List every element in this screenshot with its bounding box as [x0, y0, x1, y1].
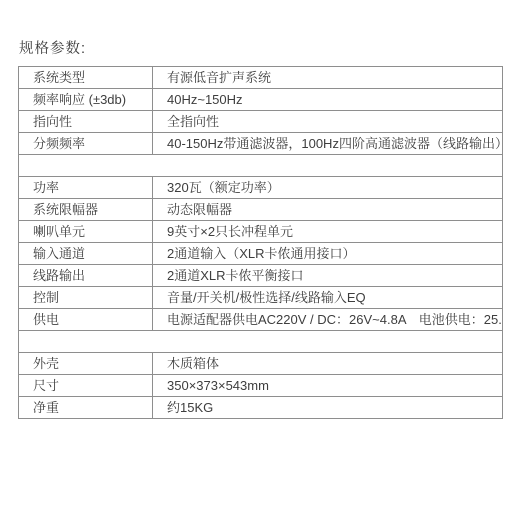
spec-label: 指向性 [19, 111, 153, 133]
spec-label: 系统限幅器 [19, 199, 153, 221]
table-row: 指向性全指向性 [19, 111, 503, 133]
table-row: 供电电源适配器供电AC220V / DC：26V~4.8A 电池供电：25.2V [19, 309, 503, 331]
spacer-cell [19, 331, 503, 353]
spec-label: 功率 [19, 177, 153, 199]
spec-value: 木质箱体 [153, 353, 503, 375]
spec-value: 320瓦（额定功率） [153, 177, 503, 199]
table-row: 喇叭单元9英寸×2只长冲程单元 [19, 221, 503, 243]
spec-label: 净重 [19, 397, 153, 419]
spec-value: 电源适配器供电AC220V / DC：26V~4.8A 电池供电：25.2V [153, 309, 503, 331]
spec-label: 喇叭单元 [19, 221, 153, 243]
spec-label: 分频频率 [19, 133, 153, 155]
spec-value: 40Hz~150Hz [153, 89, 503, 111]
spec-value: 有源低音扩声系统 [153, 67, 503, 89]
spec-label: 线路输出 [19, 265, 153, 287]
table-row: 尺寸350×373×543mm [19, 375, 503, 397]
spacer-row [19, 155, 503, 177]
table-row: 线路输出2通道XLR卡侬平衡接口 [19, 265, 503, 287]
spacer-cell [19, 155, 503, 177]
spec-label: 尺寸 [19, 375, 153, 397]
spec-value: 350×373×543mm [153, 375, 503, 397]
spec-label: 系统类型 [19, 67, 153, 89]
spec-value: 9英寸×2只长冲程单元 [153, 221, 503, 243]
spec-table-body: 系统类型有源低音扩声系统频率响应 (±3db)40Hz~150Hz指向性全指向性… [19, 67, 503, 419]
spec-value: 40-150Hz带通滤波器，100Hz四阶高通滤波器（线路输出） [153, 133, 503, 155]
page-title: 规格参数: [19, 37, 86, 58]
table-row: 功率320瓦（额定功率） [19, 177, 503, 199]
spec-label: 外壳 [19, 353, 153, 375]
table-row: 外壳木质箱体 [19, 353, 503, 375]
spec-value: 全指向性 [153, 111, 503, 133]
table-row: 分频频率40-150Hz带通滤波器，100Hz四阶高通滤波器（线路输出） [19, 133, 503, 155]
spec-value: 2通道输入（XLR卡侬通用接口） [153, 243, 503, 265]
spec-page: 规格参数: 系统类型有源低音扩声系统频率响应 (±3db)40Hz~150Hz指… [0, 0, 520, 520]
spec-label: 供电 [19, 309, 153, 331]
table-row: 系统限幅器动态限幅器 [19, 199, 503, 221]
spec-table: 系统类型有源低音扩声系统频率响应 (±3db)40Hz~150Hz指向性全指向性… [18, 66, 503, 419]
spec-value: 约15KG [153, 397, 503, 419]
spacer-row [19, 331, 503, 353]
spec-value: 动态限幅器 [153, 199, 503, 221]
spec-label: 控制 [19, 287, 153, 309]
spec-value: 2通道XLR卡侬平衡接口 [153, 265, 503, 287]
table-row: 系统类型有源低音扩声系统 [19, 67, 503, 89]
spec-value: 音量/开关机/极性选择/线路输入EQ [153, 287, 503, 309]
spec-label: 输入通道 [19, 243, 153, 265]
table-row: 输入通道2通道输入（XLR卡侬通用接口） [19, 243, 503, 265]
table-row: 净重约15KG [19, 397, 503, 419]
table-row: 控制音量/开关机/极性选择/线路输入EQ [19, 287, 503, 309]
spec-label: 频率响应 (±3db) [19, 89, 153, 111]
table-row: 频率响应 (±3db)40Hz~150Hz [19, 89, 503, 111]
